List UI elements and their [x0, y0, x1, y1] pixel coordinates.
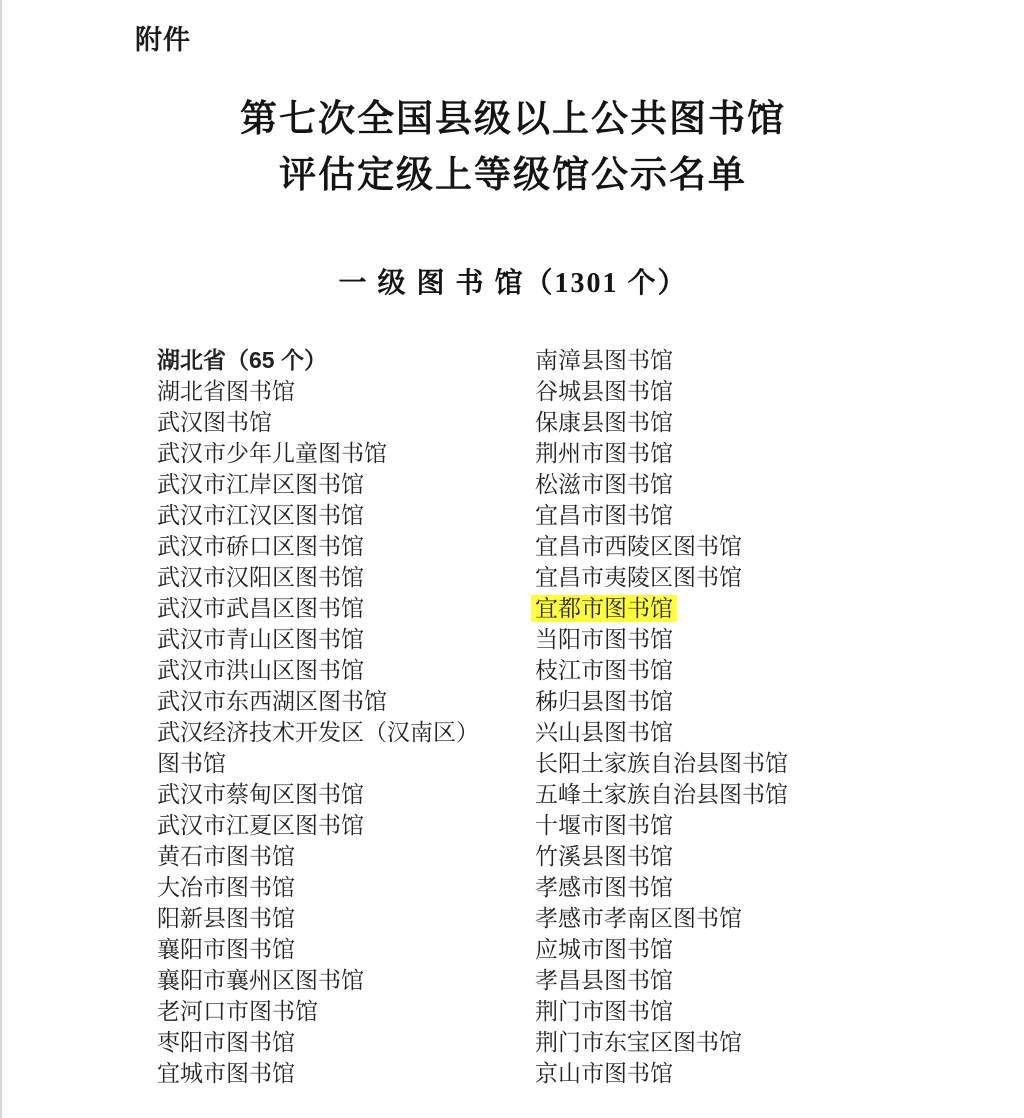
list-item: 襄阳市图书馆: [157, 934, 527, 965]
library-name: 宜昌市西陵区图书馆: [535, 533, 742, 560]
list-item: 应城市图书馆: [535, 934, 955, 965]
list-item: 武汉市江汉区图书馆: [157, 500, 527, 531]
list-item: 武汉市蔡甸区图书馆: [157, 779, 527, 810]
list-item: 宜昌市夷陵区图书馆: [535, 562, 955, 593]
title-line-1: 第七次全国县级以上公共图书馆: [2, 92, 1024, 148]
list-item: 枝江市图书馆: [535, 655, 955, 686]
list-item: 谷城县图书馆: [535, 376, 955, 407]
list-item: 湖北省（65 个）: [157, 345, 527, 376]
library-name: 荆门市东宝区图书馆: [535, 1029, 742, 1056]
list-item: 襄阳市襄州区图书馆: [157, 965, 527, 996]
library-name: 老河口市图书馆: [157, 998, 318, 1025]
list-item: 松滋市图书馆: [535, 469, 955, 500]
list-item: 湖北省图书馆: [157, 376, 527, 407]
list-item: 竹溪县图书馆: [535, 841, 955, 872]
list-item: 兴山县图书馆: [535, 717, 955, 748]
list-item: 孝昌县图书馆: [535, 965, 955, 996]
library-name: 武汉市江汉区图书馆: [157, 502, 364, 529]
list-item: 十堰市图书馆: [535, 810, 955, 841]
library-name: 孝感市图书馆: [535, 874, 673, 901]
library-name: 武汉市东西湖区图书馆: [157, 688, 387, 715]
list-item: 宜昌市图书馆: [535, 500, 955, 531]
library-name: 荆州市图书馆: [535, 440, 673, 467]
library-name: 枝江市图书馆: [535, 657, 673, 684]
library-name: 襄阳市襄州区图书馆: [157, 967, 364, 994]
list-item: 京山市图书馆: [535, 1058, 955, 1089]
library-name: 武汉市江夏区图书馆: [157, 812, 364, 839]
library-name: 武汉市少年儿童图书馆: [157, 440, 387, 467]
library-name: 大冶市图书馆: [157, 874, 295, 901]
library-name: 孝感市孝南区图书馆: [535, 905, 742, 932]
list-item: 武汉市青山区图书馆: [157, 624, 527, 655]
library-name: 宜城市图书馆: [157, 1060, 295, 1087]
list-item: 图书馆: [157, 748, 527, 779]
library-name: 十堰市图书馆: [535, 812, 673, 839]
list-item: 五峰土家族自治县图书馆: [535, 779, 955, 810]
list-item: 武汉市江夏区图书馆: [157, 810, 527, 841]
list-item: 武汉市汉阳区图书馆: [157, 562, 527, 593]
list-item: 孝感市孝南区图书馆: [535, 903, 955, 934]
library-name: 兴山县图书馆: [535, 719, 673, 746]
library-name: 武汉市蔡甸区图书馆: [157, 781, 364, 808]
library-name: 黄石市图书馆: [157, 843, 295, 870]
library-name: 谷城县图书馆: [535, 378, 673, 405]
library-name: 松滋市图书馆: [535, 471, 673, 498]
library-column-left: 湖北省（65 个）湖北省图书馆武汉图书馆武汉市少年儿童图书馆武汉市江岸区图书馆武…: [157, 345, 527, 1089]
highlighted-library-name: 宜都市图书馆: [531, 595, 677, 622]
library-name: 武汉市硚口区图书馆: [157, 533, 364, 560]
library-name: 长阳土家族自治县图书馆: [535, 750, 788, 777]
library-name: 南漳县图书馆: [535, 347, 673, 374]
library-name: 襄阳市图书馆: [157, 936, 295, 963]
library-name: 应城市图书馆: [535, 936, 673, 963]
library-name: 武汉市武昌区图书馆: [157, 595, 364, 622]
list-item: 黄石市图书馆: [157, 841, 527, 872]
list-item: 长阳土家族自治县图书馆: [535, 748, 955, 779]
library-name: 孝昌县图书馆: [535, 967, 673, 994]
library-name: 湖北省图书馆: [157, 378, 295, 405]
library-name: 当阳市图书馆: [535, 626, 673, 653]
list-item: 武汉市江岸区图书馆: [157, 469, 527, 500]
library-name: 武汉图书馆: [157, 409, 272, 436]
library-name: 武汉市汉阳区图书馆: [157, 564, 364, 591]
list-item: 老河口市图书馆: [157, 996, 527, 1027]
library-name: 保康县图书馆: [535, 409, 673, 436]
list-item: 武汉图书馆: [157, 407, 527, 438]
list-item: 南漳县图书馆: [535, 345, 955, 376]
list-item: 武汉市少年儿童图书馆: [157, 438, 527, 469]
library-name: 宜昌市夷陵区图书馆: [535, 564, 742, 591]
library-name: 湖北省（65 个）: [157, 347, 327, 374]
library-name: 图书馆: [157, 750, 226, 777]
list-item: 武汉市武昌区图书馆: [157, 593, 527, 624]
library-name: 荆门市图书馆: [535, 998, 673, 1025]
title-line-2: 评估定级上等级馆公示名单: [2, 148, 1024, 204]
list-item: 宜都市图书馆: [535, 593, 955, 624]
list-item: 武汉市硚口区图书馆: [157, 531, 527, 562]
list-item: 大冶市图书馆: [157, 872, 527, 903]
list-item: 秭归县图书馆: [535, 686, 955, 717]
library-name: 宜昌市图书馆: [535, 502, 673, 529]
library-name: 武汉经济技术开发区（汉南区）: [157, 719, 479, 746]
list-item: 荆州市图书馆: [535, 438, 955, 469]
library-name: 武汉市江岸区图书馆: [157, 471, 364, 498]
list-item: 宜城市图书馆: [157, 1058, 527, 1089]
library-name: 竹溪县图书馆: [535, 843, 673, 870]
list-item: 当阳市图书馆: [535, 624, 955, 655]
library-name: 京山市图书馆: [535, 1060, 673, 1087]
library-name: 五峰土家族自治县图书馆: [535, 781, 788, 808]
list-item: 阳新县图书馆: [157, 903, 527, 934]
library-name: 武汉市洪山区图书馆: [157, 657, 364, 684]
list-item: 宜昌市西陵区图书馆: [535, 531, 955, 562]
list-item: 武汉经济技术开发区（汉南区）: [157, 717, 527, 748]
document-title: 第七次全国县级以上公共图书馆 评估定级上等级馆公示名单: [2, 92, 1024, 204]
list-item: 武汉市洪山区图书馆: [157, 655, 527, 686]
library-name: 武汉市青山区图书馆: [157, 626, 364, 653]
library-name: 枣阳市图书馆: [157, 1029, 295, 1056]
attachment-label: 附件: [135, 18, 191, 57]
list-item: 孝感市图书馆: [535, 872, 955, 903]
list-item: 荆门市东宝区图书馆: [535, 1027, 955, 1058]
document-page: 附件 第七次全国县级以上公共图书馆 评估定级上等级馆公示名单 一 级 图 书 馆…: [0, 0, 1024, 1118]
section-heading: 一 级 图 书 馆（1301 个）: [2, 261, 1024, 301]
list-item: 武汉市东西湖区图书馆: [157, 686, 527, 717]
library-column-right: 南漳县图书馆谷城县图书馆保康县图书馆荆州市图书馆松滋市图书馆宜昌市图书馆宜昌市西…: [535, 345, 955, 1089]
library-name: 秭归县图书馆: [535, 688, 673, 715]
list-item: 荆门市图书馆: [535, 996, 955, 1027]
list-item: 保康县图书馆: [535, 407, 955, 438]
library-name: 阳新县图书馆: [157, 905, 295, 932]
list-item: 枣阳市图书馆: [157, 1027, 527, 1058]
